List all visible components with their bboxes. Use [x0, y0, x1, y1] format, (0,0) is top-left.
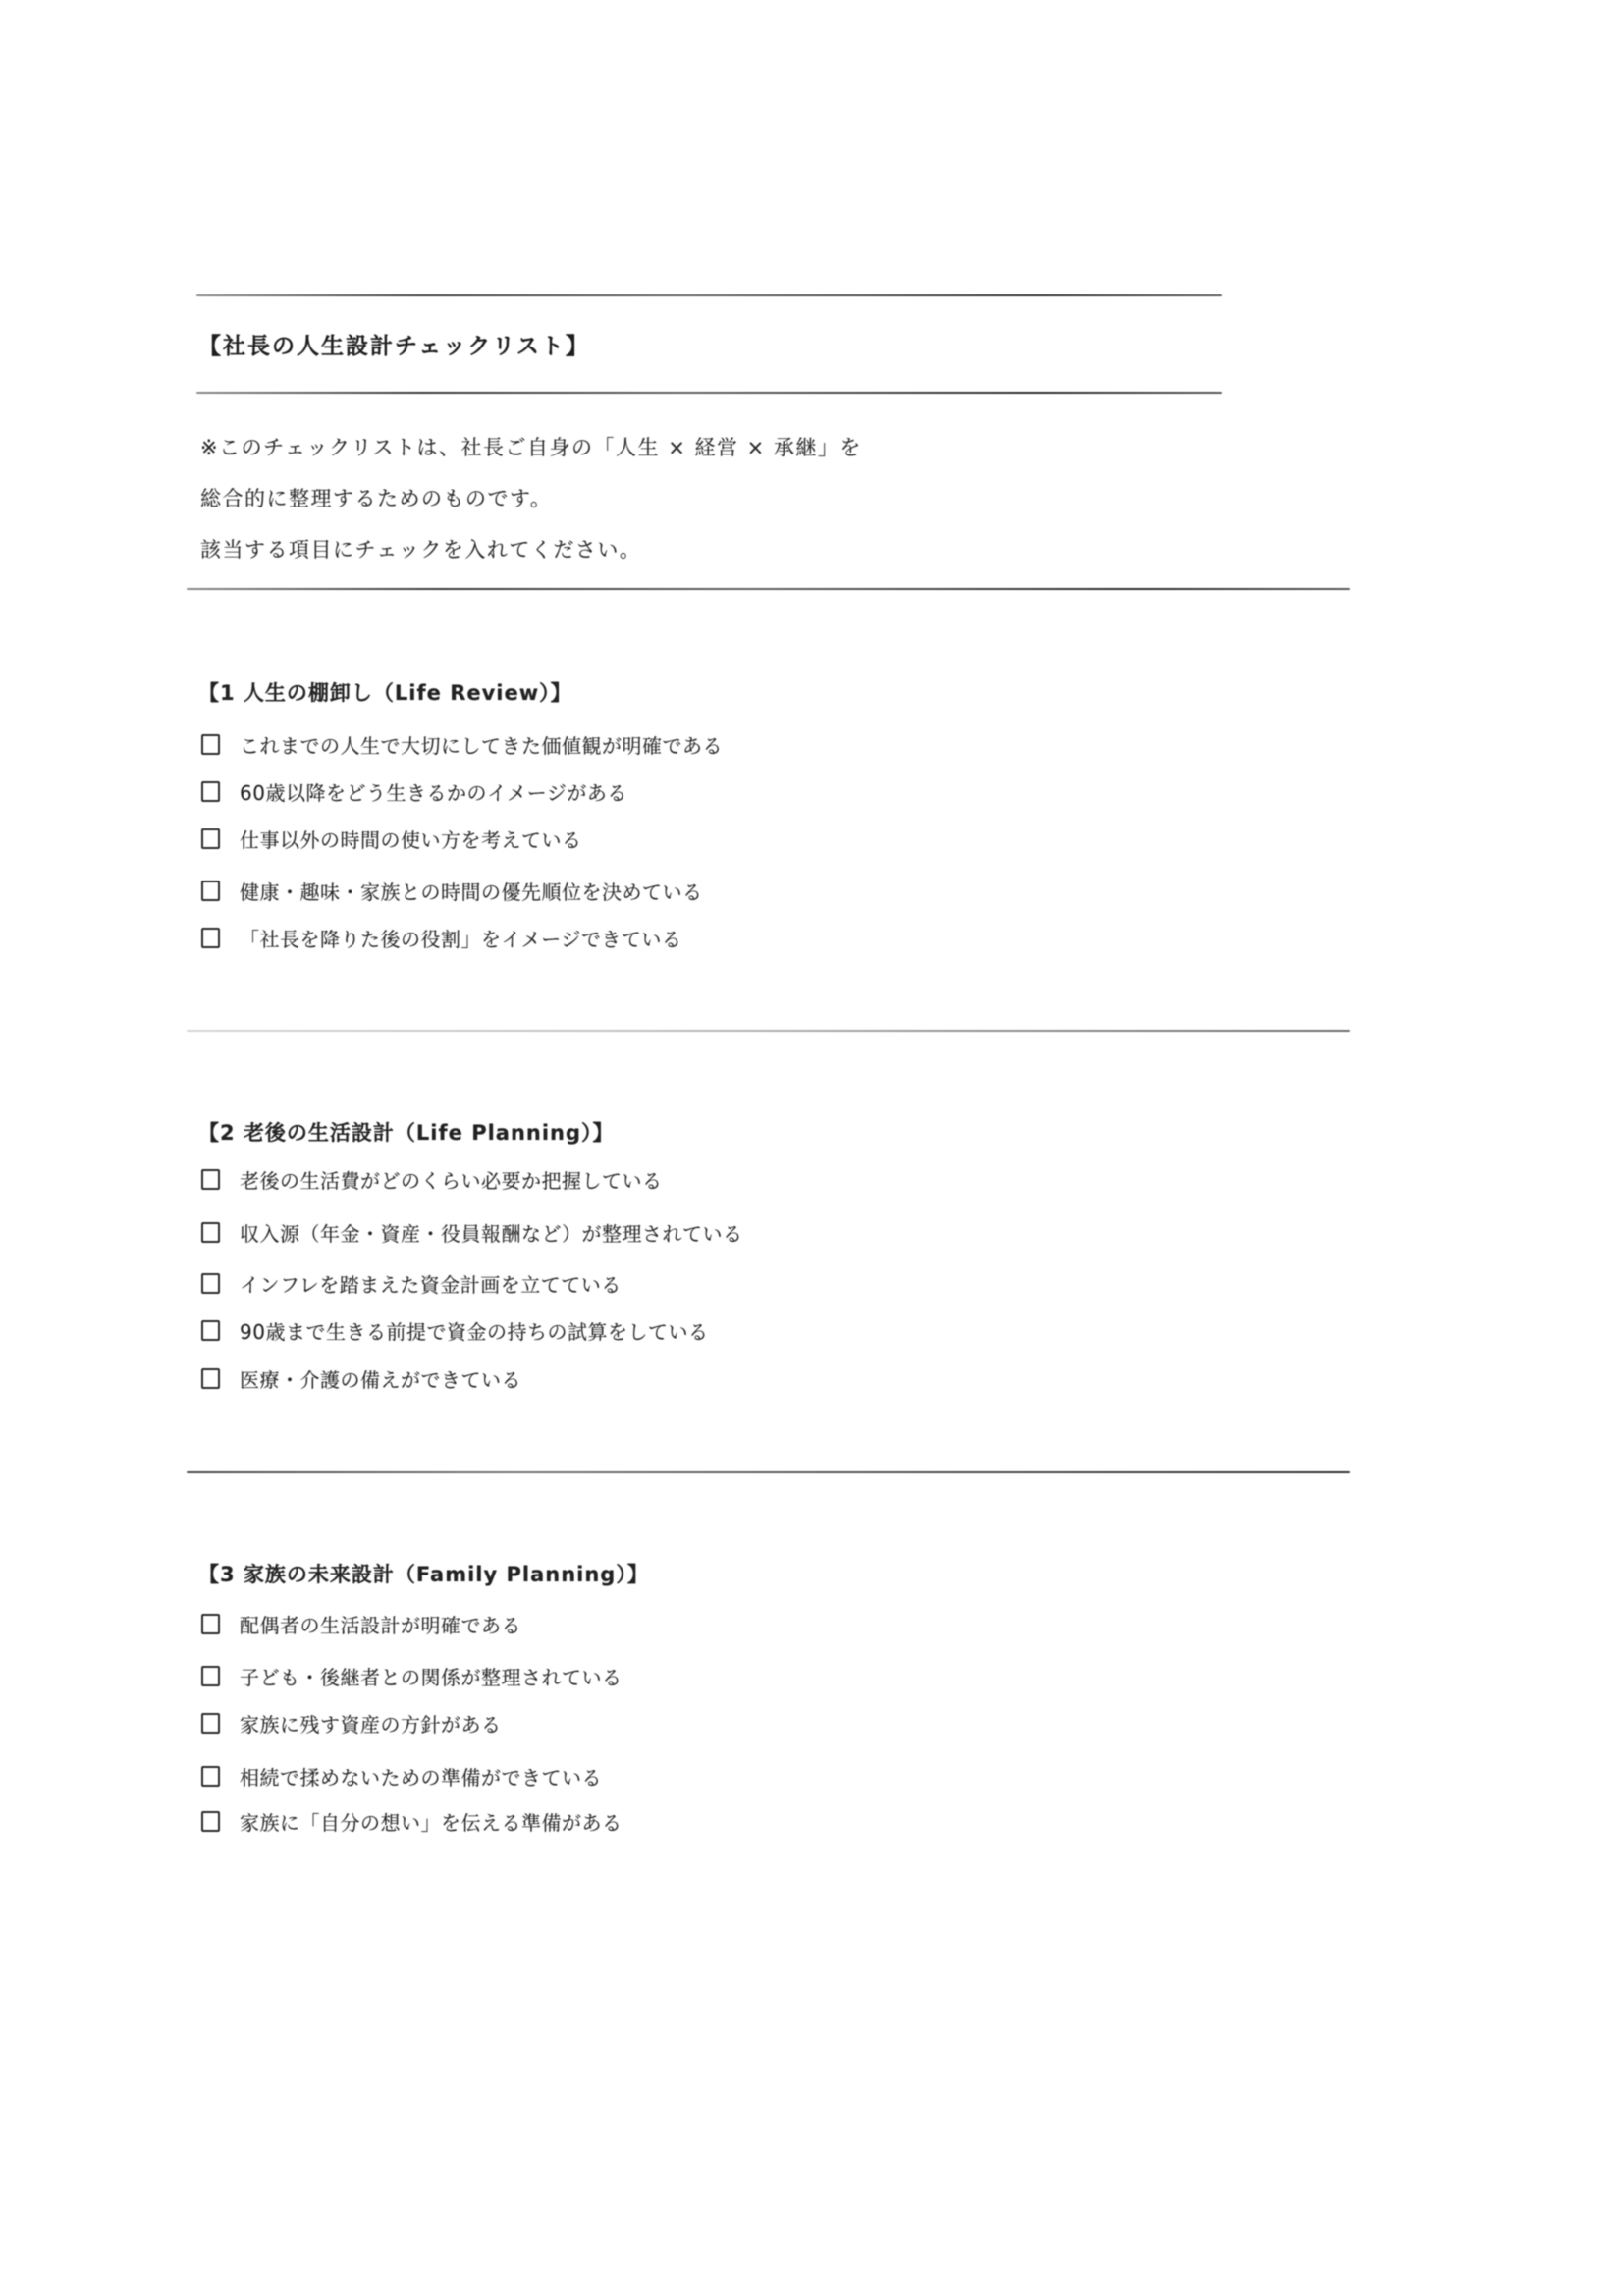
divider-section-2 [187, 1471, 1350, 1473]
checklist-item-label: 家族に残す資産の方針がある [240, 1709, 502, 1737]
checkbox-unchecked-icon[interactable] [201, 1811, 220, 1832]
checklist-item: 仕事以外の時間の使い方を考えている [201, 825, 582, 853]
checklist-item: 家族に「自分の想い」を伝える準備がある [201, 1807, 623, 1836]
checklist-item: 子ども・後継者との関係が整理されている [201, 1662, 623, 1690]
checklist-item-label: 相続で揉めないための準備ができている [240, 1762, 602, 1790]
checklist-item: 医療・介護の備えができている [201, 1364, 521, 1393]
checklist-item-label: 「社長を降りた後の役割」をイメージできている [240, 924, 681, 952]
checklist-item-label: 医療・介護の備えができている [240, 1364, 521, 1393]
checkbox-unchecked-icon[interactable] [201, 1169, 220, 1190]
checklist-item: 90歳まで生きる前提で資金の持ちの試算をしている [201, 1316, 708, 1345]
checklist-item: 相続で揉めないための準備ができている [201, 1762, 602, 1790]
section-1-heading: 【1 人生の棚卸し（Life Review）】 [198, 677, 572, 707]
checklist-item-label: 配偶者の生活設計が明確である [240, 1610, 521, 1638]
checklist-item-label: 収入源（年金・資産・役員報酬など）が整理されている [240, 1218, 743, 1247]
checklist-item-label: 90歳まで生きる前提で資金の持ちの試算をしている [240, 1316, 708, 1345]
divider-below-intro [187, 588, 1350, 590]
checklist-item: 老後の生活費がどのくらい必要か把握している [201, 1165, 663, 1194]
checklist-item: 家族に残す資産の方針がある [201, 1709, 502, 1737]
checklist-item-label: 健康・趣味・家族との時間の優先順位を決めている [240, 877, 703, 905]
checkbox-unchecked-icon[interactable] [201, 1320, 220, 1341]
checkbox-unchecked-icon[interactable] [201, 828, 220, 849]
intro-line-2: 総合的に整理するためのものです。 [200, 483, 552, 512]
checkbox-unchecked-icon[interactable] [201, 781, 220, 802]
divider-below-title [196, 392, 1222, 394]
checkbox-unchecked-icon[interactable] [201, 1766, 220, 1787]
intro-line-3: 該当する項目にチェックを入れてください。 [200, 534, 641, 563]
checkbox-unchecked-icon[interactable] [201, 1222, 220, 1243]
checklist-item-label: 子ども・後継者との関係が整理されている [240, 1662, 623, 1690]
checklist-item: 収入源（年金・資産・役員報酬など）が整理されている [201, 1218, 743, 1247]
intro-line-1: ※このチェックリストは、社長ご自身の「人生 × 経営 × 承継」を [200, 432, 862, 461]
checklist-item-label: 老後の生活費がどのくらい必要か把握している [240, 1165, 663, 1194]
checklist-item: 配偶者の生活設計が明確である [201, 1610, 521, 1638]
page-title: 【社長の人生設計チェックリスト】 [198, 328, 590, 360]
checkbox-unchecked-icon[interactable] [201, 1368, 220, 1389]
checkbox-unchecked-icon[interactable] [201, 1713, 220, 1734]
checkbox-unchecked-icon[interactable] [201, 734, 220, 755]
checkbox-unchecked-icon[interactable] [201, 928, 220, 948]
checklist-item-label: インフレを踏まえた資金計画を立てている [240, 1269, 622, 1298]
checkbox-unchecked-icon[interactable] [201, 1273, 220, 1294]
scanned-content: 【社長の人生設計チェックリスト】 ※このチェックリストは、社長ご自身の「人生 ×… [0, 0, 1624, 2296]
divider-section-1 [187, 1030, 1350, 1032]
checkbox-unchecked-icon[interactable] [201, 881, 220, 901]
checklist-item-label: 家族に「自分の想い」を伝える準備がある [240, 1807, 623, 1836]
checklist-item-label: これまでの人生で大切にしてきた価値観が明確である [240, 730, 723, 759]
checklist-item-label: 仕事以外の時間の使い方を考えている [240, 825, 582, 853]
checklist-item: インフレを踏まえた資金計画を立てている [201, 1269, 622, 1298]
section-3-heading: 【3 家族の未来設計（Family Planning）】 [198, 1559, 649, 1588]
checkbox-unchecked-icon[interactable] [201, 1666, 220, 1686]
checklist-item: これまでの人生で大切にしてきた価値観が明確である [201, 730, 723, 759]
checklist-item-label: 60歳以降をどう生きるかのイメージがある [240, 777, 627, 806]
divider-top [196, 294, 1222, 296]
document-page: 【社長の人生設計チェックリスト】 ※このチェックリストは、社長ご自身の「人生 ×… [0, 0, 1624, 2296]
section-2-heading: 【2 老後の生活設計（Life Planning）】 [198, 1117, 615, 1147]
checklist-item: 健康・趣味・家族との時間の優先順位を決めている [201, 877, 703, 905]
checkbox-unchecked-icon[interactable] [201, 1614, 220, 1634]
checklist-item: 60歳以降をどう生きるかのイメージがある [201, 777, 627, 806]
checklist-item: 「社長を降りた後の役割」をイメージできている [201, 924, 681, 952]
